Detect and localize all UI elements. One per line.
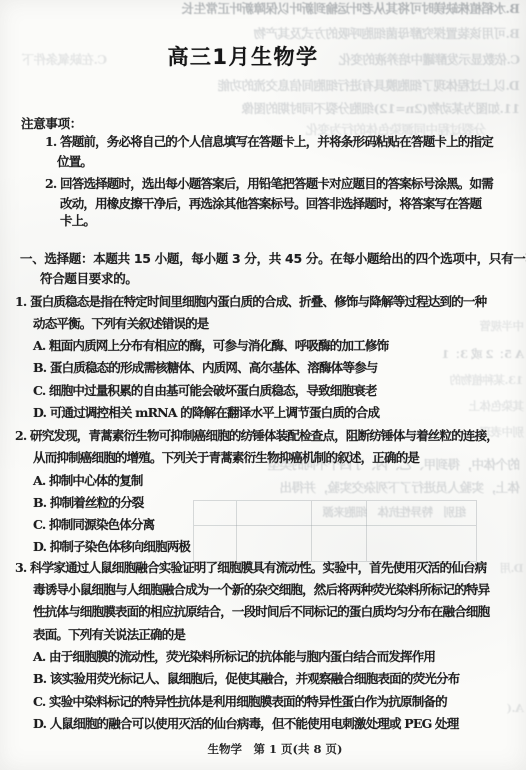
question-1-option-d: D. 可通过调控相关 mRNA 的降解在翻译水平上调节蛋白质的合成 [33,404,379,422]
question-3-stem-line: 3. 科学家通过人鼠细胞融合实验证明了细胞膜具有流动性。实验中，首先使用灭活的仙… [15,559,486,577]
question-1-option-a: A. 粗面内质网上分布有相应的酶，可参与消化酶、呼吸酶的加工修饰 [33,337,388,355]
bleedthrough-table-line [236,501,237,561]
question-3-stem-line: 毒诱导小鼠细胞与人细胞融合成为一个新的杂交细胞，然后将两种荧光染料所标记的特异 [33,581,489,599]
bleedthrough-text: 组别 特异性抗体 细胞来源 [323,504,466,520]
question-3-stem-line: 表面。下列有关说法正确的是 [33,626,185,644]
bleedthrough-text: 11.如图为某动物(2n=12)细胞分裂不同时期的图像 [242,101,520,117]
question-2-option-b: B. 抑制着丝粒的分裂 [33,494,143,512]
bleedthrough-text: 中半规管 [480,318,524,334]
question-3-option-a: A. 由于细胞膜的流动性，荧光染料所标记的抗体能与胞内蛋白结合而发挥作用 [33,648,435,666]
question-2-option-c: C. 抑制同源染色体分离 [33,516,154,534]
question-1-option-b: B. 蛋白质稳态的形成需核糖体、内质网、高尔基体、溶酶体等参与 [33,359,377,377]
question-3-stem-line: 性抗体与细胞膜表面的相应抗原结合，一段时间后不同标记的蛋白质均匀分布在融合细胞 [33,603,489,621]
notice-item-1-line: 1. 答题前，务必将自己的个人信息填写在答题卡上，并将条形码粘贴在答题卡上的指定 [45,133,493,151]
bleedthrough-text: D.以上过程体现了细胞膜具有进行细胞间信息交流的功能 [218,78,520,94]
question-2-option-d: D. 抑制子染色体移向细胞两极 [33,538,190,556]
notice-header: 注意事项： [21,115,82,133]
question-3-option-c: C. 实验中染料标记的特异性抗体是利用细胞膜表面的特异性蛋白作为抗原制备的 [33,693,447,711]
section-header-line: 一、选择题：本题共 15 小题，每小题 3 分，共 45 分。在每小题给出的四个… [20,250,526,268]
question-2-option-a: A. 抑制中心体的复制 [33,472,143,490]
bleedthrough-text: A 5：2 或 3：1 [442,346,524,362]
page-title: 高三1月生物学 [0,44,486,70]
bleedthrough-text: 体上，实验人员进行了下列杂交实验，并得出 [280,480,520,496]
bleedthrough-table-grid [193,500,477,562]
question-1-stem-line: 动态平衡。下列有关叙述错误的是 [33,315,209,333]
bleedthrough-text: B.水稻植株缺镁时可将其从老叶运输到新叶以保障新叶正常生长 [182,1,520,17]
bleedthrough-text: 其染色体上 [469,398,524,414]
question-2-stem-line: 2. 研究发现，青蒿素衍生物可抑制癌细胞的纺锤体装配检查点，阻断纺锤体与着丝粒的… [15,427,498,445]
question-3-option-d: D. 人鼠细胞的融合可以使用灭活的仙台病毒，但不能使用电刺激处理或 PEG 处理 [33,715,458,733]
section-header-line: 符合题目要求的。 [40,270,138,288]
bleedthrough-text: B.可用该装置探究酵母菌细胞呼吸的方式及其产物 [254,26,520,42]
bleedthrough-table-line [366,501,367,561]
notice-item-1-line: 位置。 [57,153,92,171]
exam-paper-page: B.水稻植株缺镁时可将其从老叶运输到新叶以保障新叶正常生长 B.可用该装置探究酵… [0,0,526,770]
bleedthrough-table-line [311,501,312,561]
page-footer: 生物学 第 1 页(共 8 页) [24,741,526,757]
question-2-stem-line: 从而抑制癌细胞的增殖。下列关于青蒿素衍生物抑癌机制的叙述，正确的是 [33,449,419,467]
bleedthrough-table-line [194,525,476,526]
notice-item-2-line: 改动，用橡皮擦干净后，再选涂其他答案标号。回答非选择题时，将答案写在答题 [60,195,481,213]
bleedthrough-text: A.( [507,700,524,716]
question-1-option-c: C. 细胞中过量积累的自由基可能会破坏蛋白质稳态，导致细胞衰老 [33,382,377,400]
question-1-stem-line: 1. 蛋白质稳态是指在特定时间里细胞内蛋白质的合成、折叠、修饰与降解等过程达到的… [15,293,486,311]
question-3-option-b: B. 该实验用荧光标记人、鼠细胞后，促使其融合，并观察融合细胞表面的荧光分布 [33,670,459,688]
notice-item-2-line: 2. 回答选择题时，选出每小题答案后，用铅笔把答题卡对应题目的答案标号涂黑。如需 [45,175,493,193]
bleedthrough-text: 13.某种植物的 [450,372,524,388]
notice-item-2-line: 卡上。 [60,212,95,230]
bleedthrough-text: D.用 [500,560,524,576]
